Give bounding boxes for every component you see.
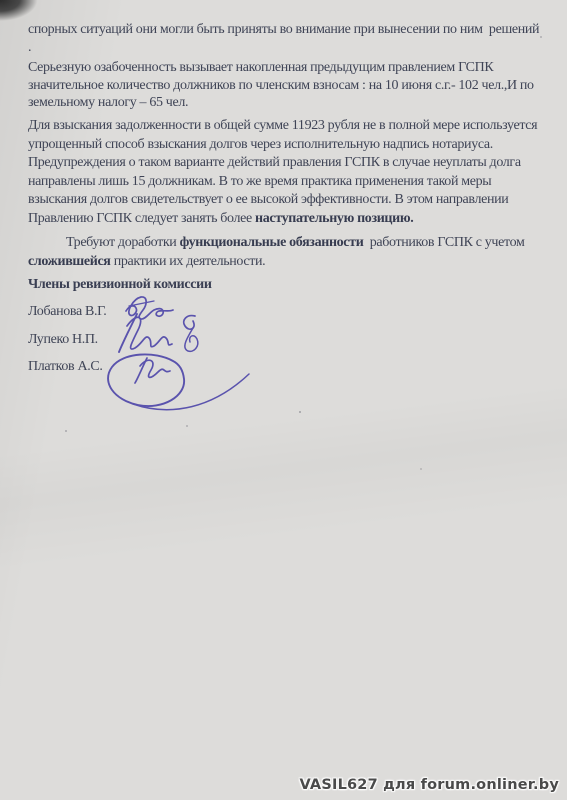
signatory-name-platkov: Платков А.С. (28, 358, 103, 376)
watermark: VASIL627 для forum.onliner.by (299, 777, 559, 793)
signature-lobanova (126, 297, 173, 319)
handwritten-signatures (93, 286, 293, 426)
paragraph-duties: Требуют доработки функциональные обязанн… (28, 234, 524, 271)
signature-platkov (108, 354, 249, 409)
paragraph-debt-collection: Для взыскания задолженности в общей сумм… (28, 117, 537, 228)
document-photo: спорных ситуаций они могли быть приняты … (0, 0, 567, 800)
paragraph-decisions: спорных ситуаций они могли быть приняты … (28, 21, 539, 56)
paragraph-debtors: Серьезную озабоченность вызывает накопле… (28, 59, 534, 112)
paper-specks (0, 0, 2, 2)
signature-lupeko (119, 314, 198, 352)
signatory-name-lupeko: Лупеко Н.П. (28, 331, 98, 349)
